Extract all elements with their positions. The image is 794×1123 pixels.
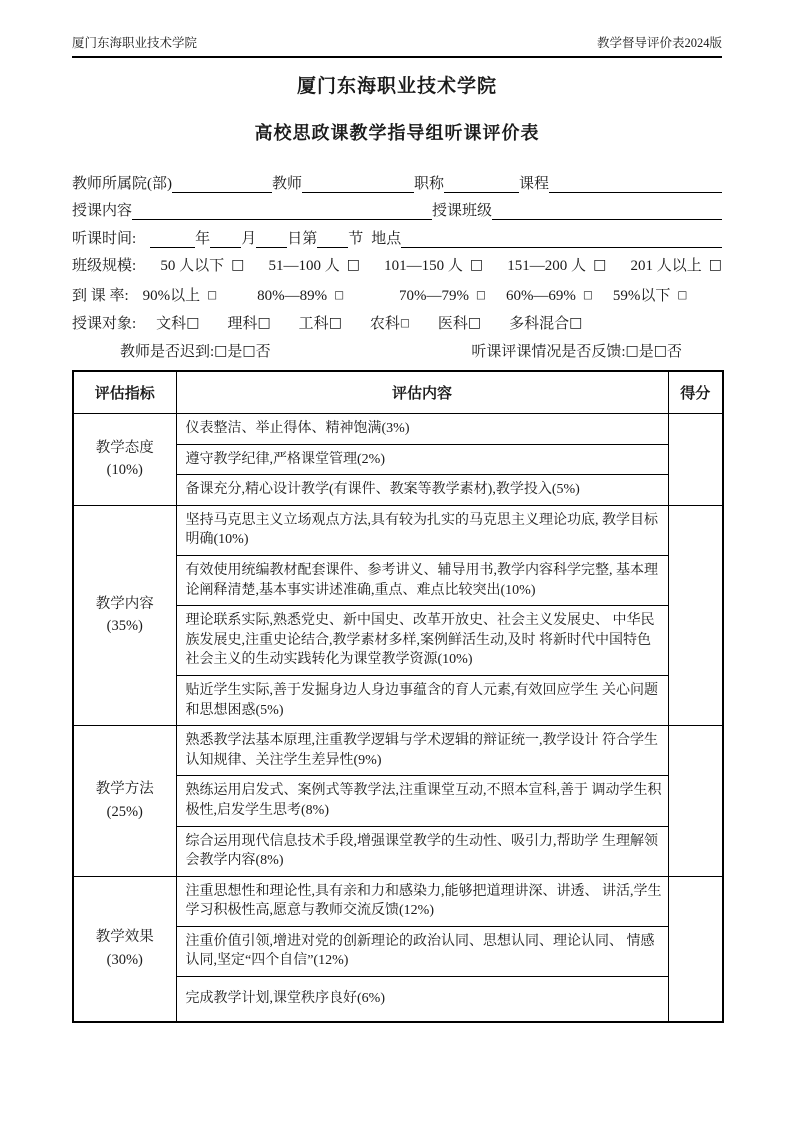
criterion-cell: 备课充分,精心设计教学(有课件、教案等教学素材),教学投入(5%) — [176, 475, 668, 506]
checkbox-icon[interactable]: □ — [583, 290, 593, 301]
page-subtitle: 高校思政课教学指导组听课评价表 — [72, 119, 722, 145]
indicator-weight: (10%) — [74, 459, 176, 481]
department-field[interactable] — [172, 173, 272, 193]
checkbox-icon[interactable]: □ — [468, 316, 481, 330]
audience-label: 授课对象: — [72, 312, 136, 333]
form-line-content: 授课内容 授课班级 — [72, 193, 722, 221]
option-label: 50 人以下 — [160, 254, 224, 275]
late-yes-label: 是 — [227, 340, 242, 361]
audience-option: 农科 □ — [370, 312, 410, 333]
running-header: 厦门东海职业技术学院 教学督导评价表2024版 — [72, 33, 722, 58]
job-title-field[interactable] — [444, 173, 519, 193]
document-page: 厦门东海职业技术学院 教学督导评价表2024版 厦门东海职业技术学院 高校思政课… — [0, 0, 794, 1123]
checkbox-icon[interactable]: □ — [400, 318, 410, 329]
class-size-option: 50 人以下 □ — [160, 254, 244, 275]
attendance-label: 到 课 率: — [72, 284, 129, 305]
criterion-cell: 遵守教学纪律,严格课堂管理(2%) — [176, 444, 668, 475]
option-label: 医科 — [438, 312, 468, 333]
checkbox-icon[interactable]: □ — [347, 258, 360, 272]
indicator-name: 教学内容 — [74, 593, 176, 615]
header-form-version: 教学督导评价表2024版 — [597, 33, 722, 51]
indicator-name: 教学方法 — [74, 778, 176, 800]
score-cell-attitude[interactable] — [668, 414, 723, 506]
audience-option: 医科 □ — [438, 312, 481, 333]
option-label: 201 人以上 — [630, 254, 701, 275]
indicator-name: 教学效果 — [74, 926, 176, 948]
checkbox-icon[interactable]: □ — [242, 344, 255, 358]
header-content: 评估内容 — [176, 371, 668, 414]
teacher-field[interactable] — [302, 173, 414, 193]
checkbox-icon[interactable]: □ — [334, 290, 344, 301]
day-field[interactable] — [256, 228, 287, 248]
table-row: 教学方法 (25%) 熟悉教学法基本原理,注重教学逻辑与学术逻辑的辩证统一,教学… — [73, 726, 723, 776]
form-line-late-feedback: 教师是否迟到: □ 是 □ 否 听课评课情况是否反馈: □ 是 □ 否 — [72, 333, 722, 361]
checkbox-icon[interactable]: □ — [231, 258, 244, 272]
table-row: 教学效果 (30%) 注重思想性和理论性,具有亲和力和感染力,能够把道理讲深、讲… — [73, 876, 723, 926]
indicator-weight: (30%) — [74, 949, 176, 971]
period-field[interactable] — [317, 228, 348, 248]
indicator-cell-attitude: 教学态度 (10%) — [73, 414, 176, 506]
checkbox-icon[interactable]: □ — [476, 290, 486, 301]
feedback-question: 听课评课情况是否反馈: □ 是 □ 否 — [471, 340, 682, 361]
option-label: 151—200 人 — [507, 254, 586, 275]
option-label: 工科 — [299, 312, 329, 333]
checkbox-icon[interactable]: □ — [593, 258, 606, 272]
late-label: 教师是否迟到: — [120, 340, 214, 361]
attendance-option: 90%以上 □ — [143, 284, 217, 305]
late-no-label: 否 — [256, 340, 271, 361]
lecture-content-label: 授课内容 — [72, 199, 132, 220]
score-cell-method[interactable] — [668, 726, 723, 877]
indicator-name: 教学态度 — [74, 437, 176, 459]
month-field[interactable] — [210, 228, 241, 248]
indicator-weight: (35%) — [74, 615, 176, 637]
feedback-label: 听课评课情况是否反馈: — [471, 340, 625, 361]
course-label: 课程 — [519, 172, 549, 193]
job-title-label: 职称 — [414, 172, 444, 193]
form-line-teacher: 教师所属院(部) 教师 职称 课程 — [72, 165, 722, 193]
header-school-name: 厦门东海职业技术学院 — [72, 33, 197, 51]
header-score: 得分 — [668, 371, 723, 414]
class-size-label: 班级规模: — [72, 254, 136, 275]
form-line-time: 听课时间: 年 月 日第 节 地点 — [72, 220, 722, 248]
location-label: 地点 — [371, 227, 401, 248]
evaluation-table: 评估指标 评估内容 得分 教学态度 (10%) 仪表整洁、举止得体、精神饱满(3… — [72, 370, 724, 1023]
option-label: 59%以下 — [613, 284, 671, 305]
criterion-cell: 熟悉教学法基本原理,注重教学逻辑与学术逻辑的辩证统一,教学设计 符合学生认知规律… — [176, 726, 668, 776]
form-line-class-size: 班级规模: 50 人以下 □ 51—100 人 □ 101—150 人 □ 15… — [72, 248, 722, 276]
page-title: 厦门东海职业技术学院 — [72, 71, 722, 98]
checkbox-icon[interactable]: □ — [207, 290, 217, 301]
teacher-label: 教师 — [272, 172, 302, 193]
audience-option: 多科混合 □ — [509, 312, 582, 333]
attendance-option: 60%—69% □ — [506, 288, 593, 305]
late-question: 教师是否迟到: □ 是 □ 否 — [120, 340, 271, 361]
criterion-cell: 注重思想性和理论性,具有亲和力和感染力,能够把道理讲深、讲透、 讲活,学生学习积… — [176, 876, 668, 926]
feedback-no-label: 否 — [667, 340, 682, 361]
attendance-option: 59%以下 □ — [613, 284, 687, 305]
indicator-cell-effect: 教学效果 (30%) — [73, 876, 176, 1021]
month-label: 月 — [241, 227, 256, 248]
lecture-class-field[interactable] — [492, 200, 722, 220]
checkbox-icon[interactable]: □ — [470, 258, 483, 272]
checkbox-icon[interactable]: □ — [677, 290, 687, 301]
table-row: 教学态度 (10%) 仪表整洁、举止得体、精神饱满(3%) — [73, 414, 723, 445]
feedback-yes-label: 是 — [639, 340, 654, 361]
audience-option: 工科 □ — [299, 312, 342, 333]
option-label: 农科 — [370, 312, 400, 333]
year-field[interactable] — [150, 228, 195, 248]
checkbox-icon[interactable]: □ — [709, 258, 722, 272]
criterion-cell: 综合运用现代信息技术手段,增强课堂教学的生动性、吸引力,帮助学 生理解领会教学内… — [176, 826, 668, 876]
audience-option: 理科 □ — [227, 312, 270, 333]
location-field[interactable] — [401, 228, 722, 248]
audience-option: 文科 □ — [156, 312, 199, 333]
listen-time-label: 听课时间: — [72, 227, 136, 248]
header-indicator: 评估指标 — [73, 371, 176, 414]
criterion-cell: 熟练运用启发式、案例式等教学法,注重课堂互动,不照本宣科,善于 调动学生积极性,… — [176, 776, 668, 826]
criterion-cell: 完成教学计划,课堂秩序良好(6%) — [176, 977, 668, 1022]
checkbox-icon[interactable]: □ — [626, 344, 639, 358]
option-label: 101—150 人 — [384, 254, 463, 275]
course-field[interactable] — [549, 173, 722, 193]
checkbox-icon[interactable]: □ — [186, 316, 199, 330]
lecture-content-field[interactable] — [132, 200, 432, 220]
lecture-class-label: 授课班级 — [432, 199, 492, 220]
period-label: 节 — [348, 227, 363, 248]
option-label: 多科混合 — [509, 312, 569, 333]
table-row: 教学内容 (35%) 坚持马克思主义立场观点方法,具有较为扎实的马克思主义理论功… — [73, 505, 723, 555]
class-size-option: 201 人以上 □ — [630, 254, 722, 275]
indicator-cell-method: 教学方法 (25%) — [73, 726, 176, 877]
form-section: 教师所属院(部) 教师 职称 课程 授课内容 授课班级 听课时间: 年 月 日第… — [72, 165, 722, 361]
form-line-audience: 授课对象: 文科 □ 理科 □ 工科 □ 农科 □ 医科 □ 多科混合 — [72, 305, 722, 333]
criterion-cell: 坚持马克思主义立场观点方法,具有较为扎实的马克思主义理论功底, 教学目标明确(1… — [176, 505, 668, 555]
option-label: 60%—69% — [506, 288, 576, 305]
score-cell-content[interactable] — [668, 505, 723, 725]
option-label: 文科 — [156, 312, 186, 333]
class-size-option: 51—100 人 □ — [268, 254, 360, 275]
criterion-cell: 贴近学生实际,善于发掘身边人身边事蕴含的育人元素,有效回应学生 关心问题和思想困… — [176, 675, 668, 725]
table-header-row: 评估指标 评估内容 得分 — [73, 371, 723, 414]
form-line-attendance: 到 课 率: 90%以上 □ 80%—89% □ 70%—79% □ 60%—6… — [72, 275, 722, 305]
criterion-cell: 理论联系实际,熟悉党史、新中国史、改革开放史、社会主义发展史、 中华民族发展史,… — [176, 606, 668, 676]
score-cell-effect[interactable] — [668, 876, 723, 1021]
class-size-option: 151—200 人 □ — [507, 254, 606, 275]
department-label: 教师所属院(部) — [72, 172, 172, 193]
criterion-cell: 有效使用统编教材配套课件、参考讲义、辅导用书,教学内容科学完整, 基本理论阐释清… — [176, 555, 668, 605]
checkbox-icon[interactable]: □ — [257, 316, 270, 330]
option-label: 理科 — [227, 312, 257, 333]
day-label: 日第 — [287, 227, 317, 248]
option-label: 70%—79% — [399, 288, 469, 305]
indicator-cell-content: 教学内容 (35%) — [73, 505, 176, 725]
option-label: 90%以上 — [143, 284, 201, 305]
attendance-option: 80%—89% □ — [257, 288, 344, 305]
checkbox-icon[interactable]: □ — [569, 316, 582, 330]
class-size-option: 101—150 人 □ — [384, 254, 483, 275]
checkbox-icon[interactable]: □ — [654, 344, 667, 358]
criterion-cell: 注重价值引领,增进对党的创新理论的政治认同、思想认同、理论认同、 情感认同,坚定… — [176, 926, 668, 976]
option-label: 80%—89% — [257, 288, 327, 305]
attendance-option: 70%—79% □ — [399, 288, 486, 305]
year-label: 年 — [195, 227, 210, 248]
option-label: 51—100 人 — [268, 254, 339, 275]
checkbox-icon[interactable]: □ — [214, 344, 227, 358]
indicator-weight: (25%) — [74, 801, 176, 823]
checkbox-icon[interactable]: □ — [329, 316, 342, 330]
criterion-cell: 仪表整洁、举止得体、精神饱满(3%) — [176, 414, 668, 445]
